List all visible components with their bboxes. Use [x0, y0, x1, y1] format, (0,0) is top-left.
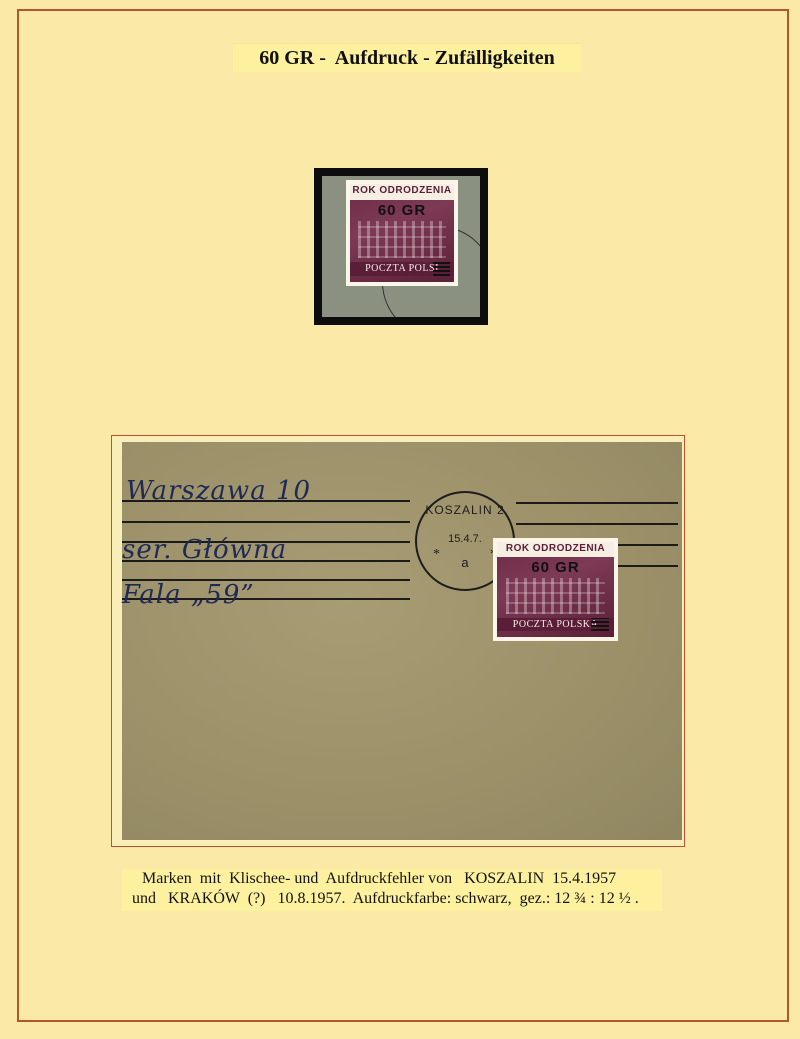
- stamp-overprint: 60 GR: [497, 559, 614, 576]
- machine-cancel-line: [516, 502, 678, 504]
- caption-line-1: Marken mit Klischee- und Aufdruckfehler …: [122, 869, 662, 889]
- stamp-overprint: 60 GR: [350, 202, 454, 219]
- stamp-courtyard-image: [506, 578, 604, 614]
- stamp-courtyard-image: [358, 221, 445, 258]
- paper-piece: ROK ODRODZENIA 60 GR POCZTA POLSI: [322, 176, 480, 317]
- overprint-bars: [591, 618, 610, 631]
- caption-line-2: und KRAKÓW (?) 10.8.1957. Aufdruckfarbe:…: [122, 889, 662, 909]
- machine-cancel-line: [122, 521, 410, 523]
- address-line-3: Fala „59”: [122, 580, 255, 610]
- overprint-bars: [433, 262, 450, 276]
- stamp-header: ROK ODRODZENIA: [350, 184, 454, 200]
- postmark-town: KOSZALIN 2: [417, 503, 513, 517]
- caption-label: Marken mit Klischee- und Aufdruckfehler …: [122, 869, 662, 911]
- address-line-1: Warszawa 10: [126, 476, 311, 506]
- machine-cancel-line: [516, 523, 678, 525]
- page-title: 60 GR - Aufdruck - Zufälligkeiten: [233, 43, 581, 72]
- address-line-2: ser. Główna: [122, 535, 287, 565]
- stamp-on-piece-mount: ROK ODRODZENIA 60 GR POCZTA POLSI: [314, 168, 488, 325]
- stamp-overprinted: ROK ODRODZENIA 60 GR POCZTA POLSI: [346, 180, 458, 286]
- machine-cancel-line: [616, 544, 678, 546]
- machine-cancel-line: [616, 565, 678, 567]
- stamp-header: ROK ODRODZENIA: [497, 542, 614, 557]
- stamp-on-cover: ROK ODRODZENIA 60 GR POCZTA POLSKA: [493, 538, 618, 641]
